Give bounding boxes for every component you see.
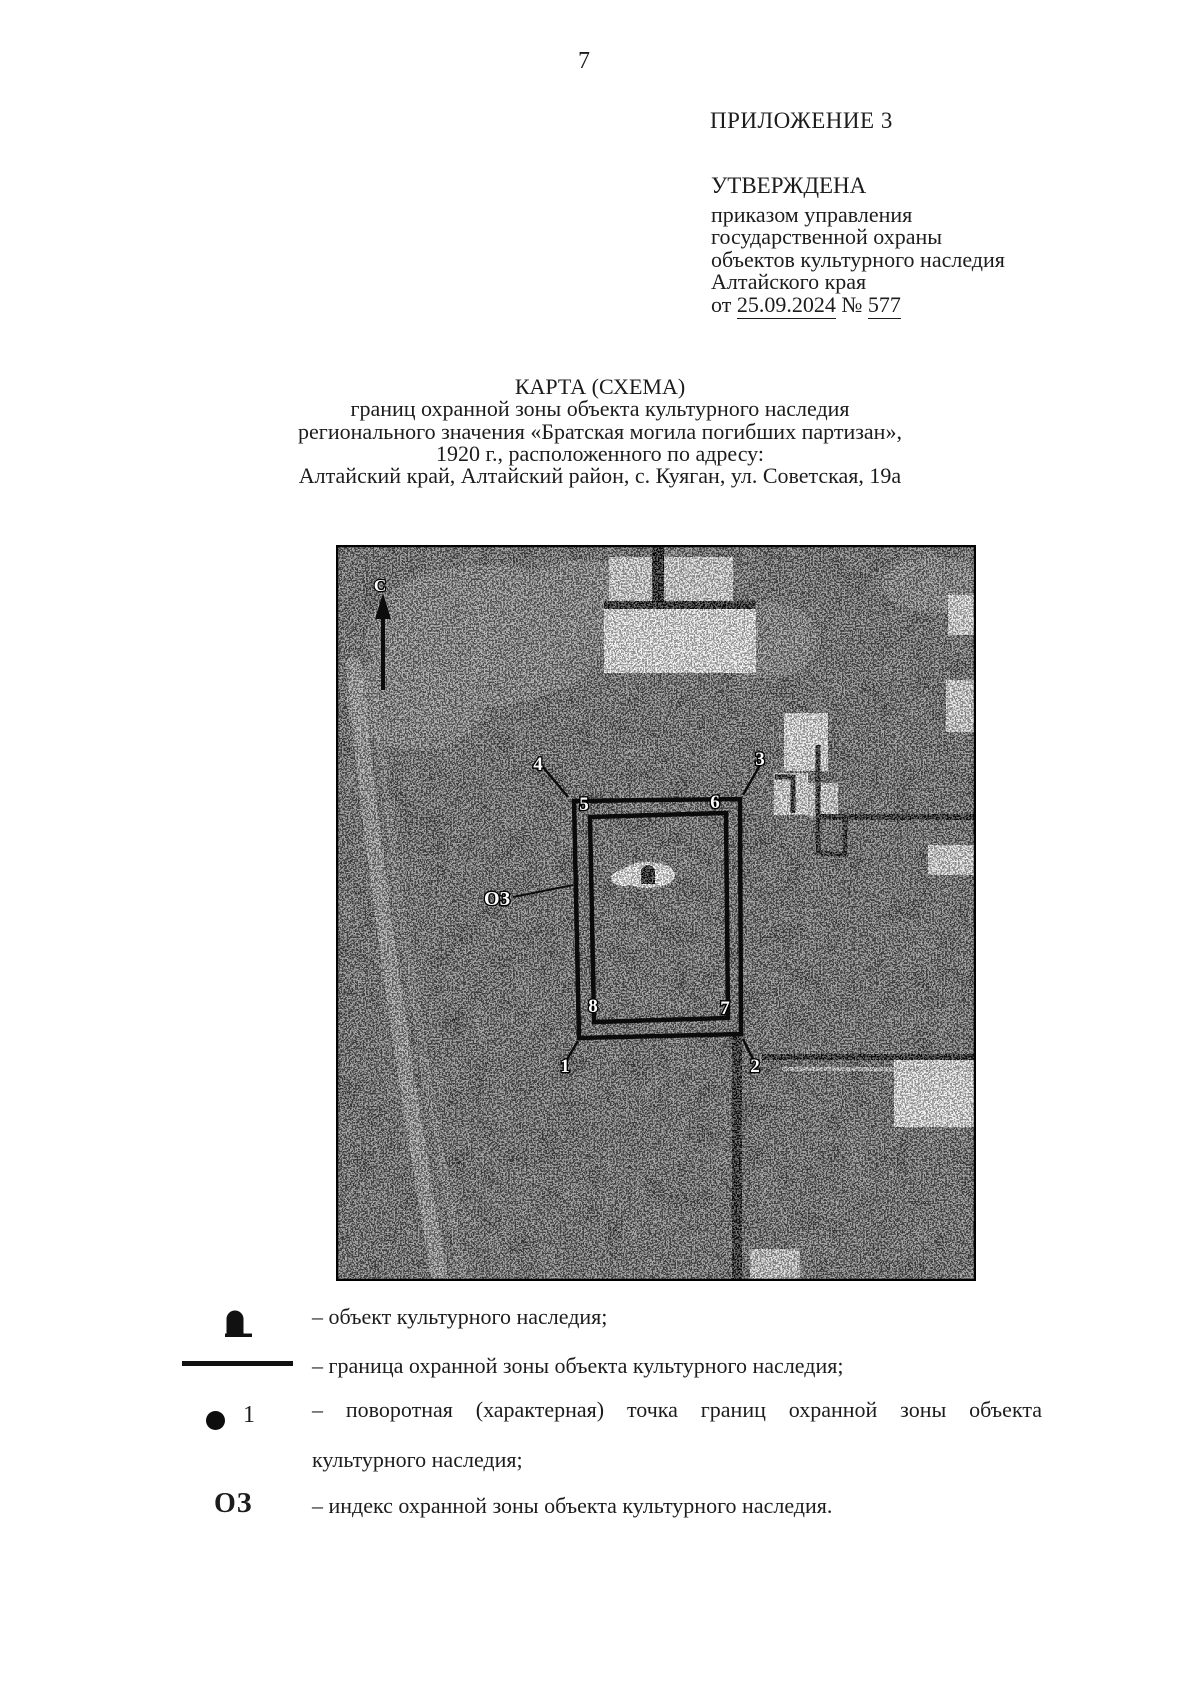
order-date-line: от 25.09.2024 № 577 bbox=[711, 292, 901, 318]
approval-line: Алтайского края bbox=[711, 271, 1005, 293]
legend-zone-index-symbol: ОЗ bbox=[214, 1488, 253, 1520]
order-number-sign: № bbox=[841, 292, 862, 317]
legend-turning-point-number: 1 bbox=[243, 1402, 255, 1429]
legend-boundary-line-icon bbox=[182, 1361, 293, 1366]
order-date-value: 25.09.2024 bbox=[737, 292, 836, 319]
point-label-7: 7 bbox=[720, 998, 730, 1019]
legend-row-text: – объект культурного наследия; bbox=[312, 1304, 607, 1330]
approval-block: приказом управления государственной охра… bbox=[711, 204, 1005, 293]
legend-monument-icon bbox=[221, 1305, 255, 1344]
page-number: 7 bbox=[578, 48, 590, 75]
approval-line: приказом управления bbox=[711, 204, 1005, 226]
point-label-6: 6 bbox=[710, 792, 720, 813]
zone-index-map-label: ОЗ bbox=[484, 888, 511, 910]
map-title-line: 1920 г., расположенного по адресу: bbox=[0, 443, 1200, 465]
document-page: 7 ПРИЛОЖЕНИЕ 3 УТВЕРЖДЕНА приказом управ… bbox=[0, 0, 1200, 1697]
map-title: КАРТА (СХЕМА) границ охранной зоны объек… bbox=[0, 376, 1200, 487]
map-title-line: Алтайский край, Алтайский район, с. Куяг… bbox=[0, 465, 1200, 487]
order-date-prefix: от bbox=[711, 292, 731, 317]
point-label-2: 2 bbox=[750, 1056, 760, 1077]
point-label-1: 1 bbox=[560, 1056, 570, 1077]
point-label-5: 5 bbox=[579, 794, 589, 815]
legend-row-text: – индекс охранной зоны объекта культурно… bbox=[312, 1493, 832, 1519]
point-label-4: 4 bbox=[533, 754, 543, 775]
point-label-3: 3 bbox=[755, 749, 765, 770]
appendix-label: ПРИЛОЖЕНИЕ 3 bbox=[710, 108, 893, 134]
legend-row-text: – граница охранной зоны объекта культурн… bbox=[312, 1353, 843, 1379]
satellite-map: С 1 2 3 4 5 6 7 8 ОЗ bbox=[336, 545, 976, 1281]
legend-row-text: – поворотная (характерная) точка границ … bbox=[312, 1397, 1042, 1423]
legend-row-text: культурного наследия; bbox=[312, 1447, 523, 1473]
legend-turning-point-icon bbox=[206, 1411, 225, 1430]
map-title-line: границ охранной зоны объекта культурного… bbox=[0, 398, 1200, 420]
approval-line: объектов культурного наследия bbox=[711, 249, 1005, 271]
point-label-8: 8 bbox=[588, 996, 598, 1017]
scan-grain-overlay bbox=[336, 545, 976, 1281]
approved-label: УТВЕРЖДЕНА bbox=[711, 173, 866, 199]
order-number-value: 577 bbox=[868, 292, 901, 319]
map-title-line: КАРТА (СХЕМА) bbox=[0, 376, 1200, 398]
approval-line: государственной охраны bbox=[711, 226, 1005, 248]
north-label: С bbox=[374, 576, 386, 595]
map-title-line: регионального значения «Братская могила … bbox=[0, 421, 1200, 443]
map-figure: С 1 2 3 4 5 6 7 8 ОЗ bbox=[336, 545, 976, 1281]
